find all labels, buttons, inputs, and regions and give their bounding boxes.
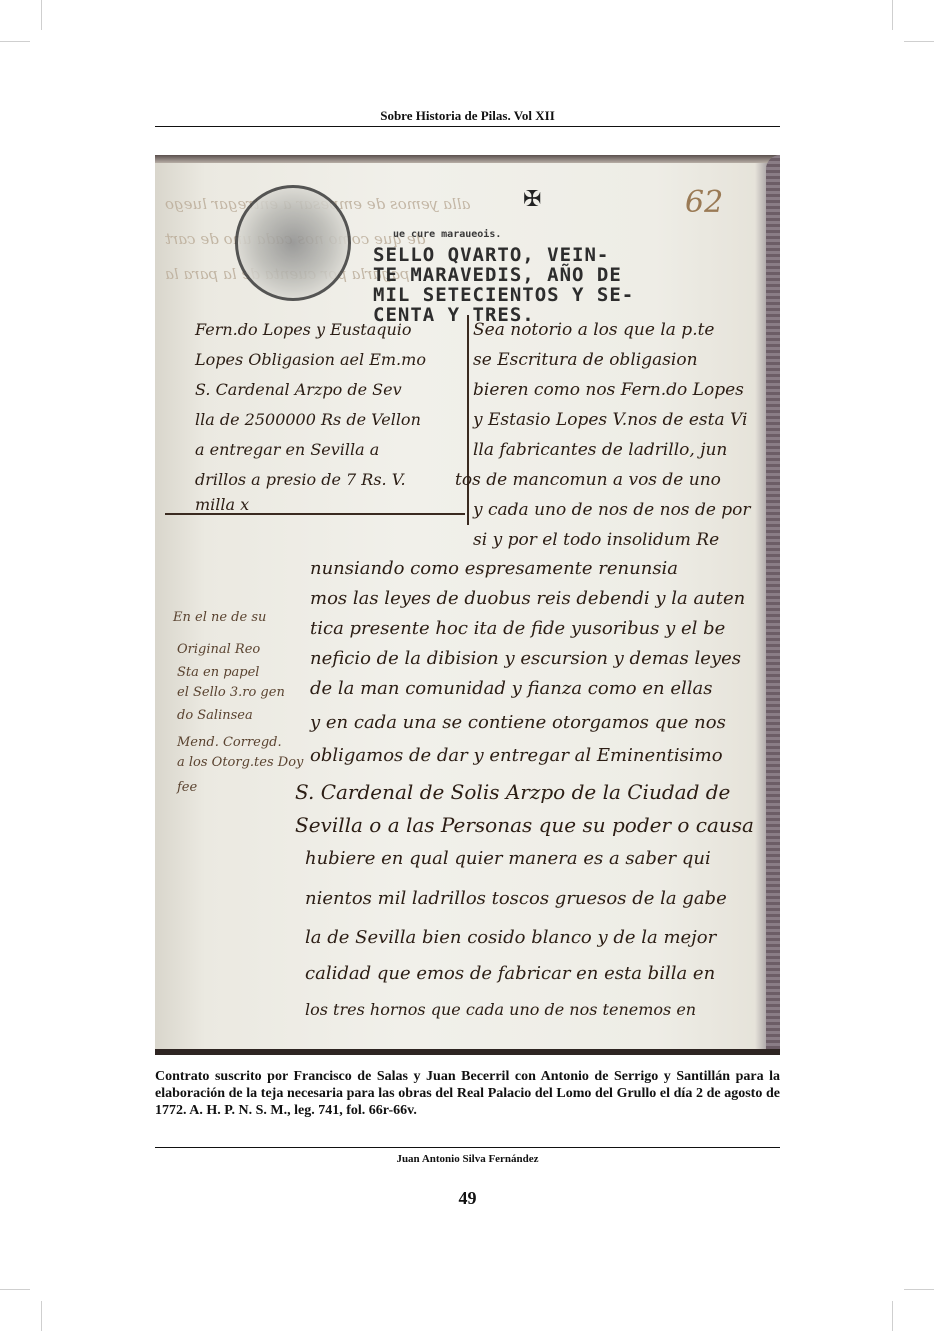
margin-note: Sta en papel (177, 665, 259, 680)
figure-caption: Contrato suscrito por Francisco de Salas… (155, 1068, 780, 1119)
crop-mark-bottom-left-v (41, 1301, 42, 1331)
header-rule (155, 126, 780, 127)
body-line: la de Sevilla bien cosido blanco y de la… (305, 927, 716, 948)
footer-rule (155, 1147, 780, 1148)
right-column-line: se Escritura de obligasion (473, 350, 698, 370)
stamp-line: TE MARAVEDIS, AÑO DE (373, 265, 733, 285)
right-column-line: y Estasio Lopes V.nos de esta Vi (473, 410, 747, 430)
body-line: y en cada una se contiene otorgamos que … (310, 712, 726, 733)
crop-mark-top-left-v (41, 0, 42, 30)
manuscript-photo: alla yemos de empesar a entregar luego d… (155, 155, 780, 1055)
author-name: Juan Antonio Silva Fernández (155, 1153, 780, 1165)
body-line: S. Cardenal de Solis Arzpo de la Ciudad … (295, 780, 730, 804)
body-line: nientos mil ladrillos toscos gruesos de … (305, 888, 727, 909)
body-line: los tres hornos que cada uno de nos tene… (305, 1000, 696, 1019)
crop-mark-bottom-right-h (904, 1289, 934, 1290)
body-line: neficio de la dibision y escursion y dem… (310, 648, 741, 669)
left-column-line: lla de 2500000 Rs de Vellon (195, 410, 421, 429)
photo-right-edge (766, 155, 780, 1055)
photo-top-edge (155, 155, 780, 163)
body-line: hubiere en qual quier manera es a saber … (305, 848, 711, 869)
stamped-paper-header: ue cure maraueois. SELLO QVARTO, VEIN- T… (373, 225, 733, 325)
left-column-line: milla x (195, 495, 249, 514)
photo-bottom-edge (155, 1049, 780, 1055)
left-column-line: drillos a presio de 7 Rs. V. (195, 470, 406, 489)
right-column-line: bieren como nos Fern.do Lopes (473, 380, 744, 400)
crop-mark-top-right-v (892, 0, 893, 30)
margin-note: fee (177, 780, 197, 795)
crop-mark-bottom-right-v (892, 1301, 893, 1331)
crop-mark-top-right-h (904, 41, 934, 42)
body-line: mos las leyes de duobus reis debendi y l… (310, 588, 745, 609)
margin-note: el Sello 3.ro gen (177, 685, 285, 700)
left-column-line: a entregar en Sevilla a (195, 440, 379, 459)
left-column-line: Fern.do Lopes y Eustaquio (195, 320, 412, 339)
folio-number: 62 (685, 185, 723, 220)
margin-note: do Salinsea (177, 708, 253, 723)
right-column-line: Sea notorio a los que la p.te (473, 320, 715, 340)
body-line: Sevilla o a las Personas que su poder o … (295, 813, 754, 837)
right-column-line: y cada uno de nos de nos de por (473, 500, 751, 520)
margin-note: Original Reo (177, 642, 260, 657)
margin-note: a los Otorg.tes Doy (177, 755, 303, 770)
left-column-line: S. Cardenal Arzpo de Sev (195, 380, 402, 399)
stamp-small-line: ue cure maraueois. (373, 225, 733, 245)
page-number: 49 (155, 1188, 780, 1209)
column-divider (467, 315, 469, 525)
margin-note: En el ne de su (173, 610, 266, 625)
right-column-line: tos de mancomun a vos de uno (455, 470, 721, 490)
body-line: de la man comunidad y fianza como en ell… (310, 678, 712, 699)
right-column-line: lla fabricantes de ladrillo, jun (473, 440, 727, 460)
body-line: obligamos de dar y entregar al Eminentis… (310, 745, 723, 766)
margin-note: Mend. Corregd. (177, 735, 282, 750)
running-title: Sobre Historia de Pilas. Vol XII (155, 108, 780, 124)
left-column-line: Lopes Obligasion ael Em.mo (195, 350, 426, 369)
body-line: tica presente hoc ita de fide yusoribus … (310, 618, 725, 639)
crop-mark-top-left-h (0, 41, 30, 42)
stamp-line: MIL SETECIENTOS Y SE- (373, 285, 733, 305)
cross-icon: ✠ (523, 187, 541, 212)
royal-seal-stamp (235, 185, 351, 301)
body-line: nunsiando como espresamente renunsia (310, 558, 678, 579)
body-line: calidad que emos de fabricar en esta bil… (305, 963, 715, 984)
right-column-line: si y por el todo insolidum Re (473, 530, 719, 550)
stamp-line: SELLO QVARTO, VEIN- (373, 245, 733, 265)
crop-mark-bottom-left-h (0, 1289, 30, 1290)
